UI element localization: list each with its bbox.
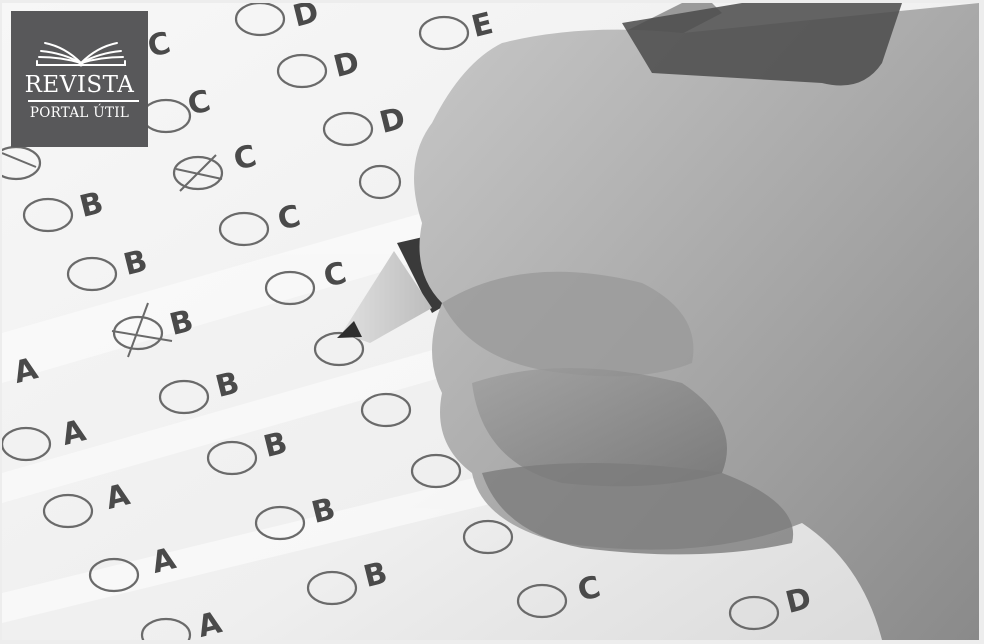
logo-subtitle: PORTAL ÚTIL [11,105,148,121]
photo-illustration: D E C D C D C B C B C B A B A B A B A B … [2,3,979,640]
answer-sheet-photo: D E C D C D C B C B C B A B A B A B A B … [2,3,979,640]
revista-portal-util-logo: REVISTA PORTAL ÚTIL [11,11,148,147]
logo-divider [28,100,139,102]
open-book-icon [35,39,127,67]
logo-title: REVISTA [11,73,148,97]
